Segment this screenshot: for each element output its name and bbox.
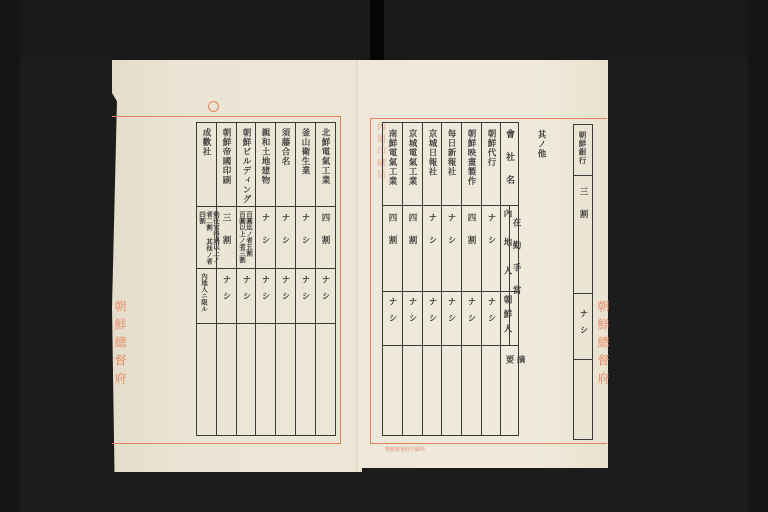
bank-name: 朝鮮銀行 (577, 131, 588, 165)
company-name: 每日新報社 (445, 129, 456, 177)
naichijin-value: 四割 (465, 213, 476, 258)
company-name: 朝鮮帝國印刷 (220, 128, 231, 185)
company-name: 朝鮮映畫製作 (465, 129, 476, 186)
bank-table: 朝鮮銀行 三割 ナシ (573, 124, 593, 440)
chosenjin-value: ナシ (240, 275, 251, 308)
allowance-value: ナシ (259, 213, 270, 258)
chosenjin-value: ナシ (319, 275, 330, 308)
left-table: 北鮮電氣工業 釜山衛生業 須藤合名 親和土地建物 朝鮮ビルディング 朝鮮帝國印刷… (196, 122, 336, 436)
company-name: 北鮮電氣工業 (319, 128, 330, 185)
allowance-value: ナシ (299, 213, 310, 258)
chosenjin-value: ナシ (299, 275, 310, 308)
chosenjin-value: ナシ (485, 297, 496, 330)
allowance-value: 勅任官待遇以上ノ者二割 其他ノ者四割 (198, 211, 219, 267)
book-spine (370, 0, 384, 62)
allowance-value: ナシ (279, 213, 290, 258)
allowance-value: 三割 (220, 213, 231, 258)
company-name: 須藤合名 (279, 128, 290, 166)
right-table: 會社名 在勤手當 內地人 朝鮮人 摘要 朝鮮代行 朝鮮映畫製作 每日新報社 京城… (382, 122, 519, 436)
bank-chosenjin-value: ナシ (577, 309, 588, 342)
naichijin-value: ナシ (485, 213, 496, 258)
chosenjin-value: ナシ (386, 297, 397, 330)
naichijin-value: ナシ (445, 213, 456, 258)
company-name: 親和土地建物 (259, 128, 270, 185)
naichijin-value: 四割 (406, 213, 417, 258)
section-title: 其ノ他 (535, 130, 546, 159)
chosenjin-value: ナシ (426, 297, 437, 330)
chosenjin-value: ナシ (220, 275, 231, 308)
company-name: 成歡社 (200, 128, 211, 157)
company-name: 朝鮮代行 (485, 129, 496, 167)
allowance-value: 百圓迄ノ者五割 百圓以上ノ者三割 (238, 211, 252, 267)
stand-left (0, 0, 20, 512)
header-chosenjin: 朝鮮人 (501, 295, 512, 339)
company-name: 京城日報社 (426, 129, 437, 177)
background-top (0, 0, 768, 60)
chosenjin-value: ナシ (259, 275, 270, 308)
naichijin-value: 四割 (386, 213, 397, 258)
allowance-value: 四割 (319, 213, 330, 258)
header-company: 會社名 (503, 129, 514, 198)
bank-naichijin-value: 三割 (577, 187, 588, 232)
company-name: 朝鮮ビルディング (240, 128, 251, 204)
stand-right (748, 0, 768, 512)
chosenjin-value: ナシ (406, 297, 417, 330)
left-margin-label: 朝鮮總督府 (112, 300, 129, 390)
header-remarks: 摘要 (503, 355, 525, 435)
naichijin-value: ナシ (426, 213, 437, 258)
footer-note: 朝鮮總督府印刷所 (385, 446, 425, 453)
red-circle-mark (208, 101, 219, 112)
company-name: 南鮮電氣工業 (386, 129, 397, 186)
chosenjin-value: ナシ (445, 297, 456, 330)
company-name: 釜山衛生業 (299, 128, 310, 176)
chosenjin-value: ナシ (279, 275, 290, 308)
chosenjin-value: 內地人ニ限ル (200, 273, 207, 312)
header-naichijin: 內地人 (501, 209, 512, 295)
right-margin-label: 朝鮮總督府 (595, 300, 612, 390)
company-name: 京城電氣工業 (406, 129, 417, 186)
chosenjin-value: ナシ (465, 297, 476, 330)
